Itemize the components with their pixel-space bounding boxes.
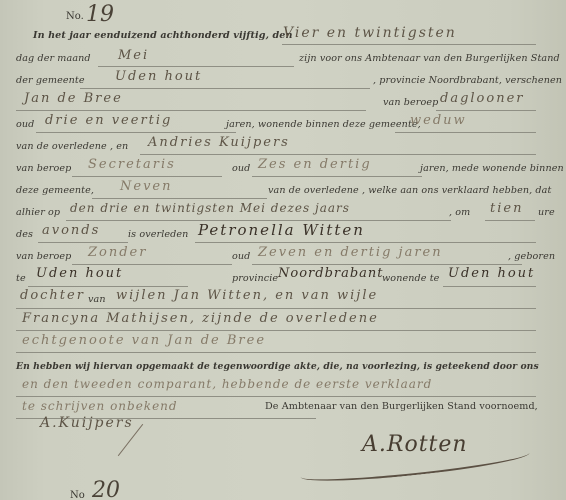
rule-line <box>80 88 370 89</box>
handwritten-witness-occupation: Secretaris <box>88 157 176 172</box>
printed-text: van <box>88 294 106 305</box>
handwritten-deceased-age: Zeven en dertig jaren <box>258 245 443 260</box>
rule-line <box>16 396 536 397</box>
rule-line <box>36 132 236 133</box>
printed-text: oud <box>232 163 250 174</box>
handwritten-deceased-name: Petronella Witten <box>198 221 365 239</box>
rule-line <box>16 330 536 331</box>
rule-line <box>195 242 536 243</box>
handwritten-father: wijlen Jan Witten, en van wijle <box>116 288 378 303</box>
printed-text: jaren, wonende binnen deze gemeente, <box>226 119 421 130</box>
handwritten-witness-age: Zes en dertig <box>258 157 372 172</box>
printed-text: jaren, mede wonende binnen <box>420 163 564 174</box>
rule-line <box>436 110 536 111</box>
printed-text: des <box>16 229 33 240</box>
handwritten-mother: Francyna Mathijsen, zijnde de overledene <box>22 311 379 326</box>
handwritten-municipality: Uden hout <box>115 69 202 84</box>
printed-text: dag der maand <box>16 53 91 64</box>
printed-closing: En hebben wij hiervan opgemaakt de tegen… <box>16 361 539 372</box>
handwritten-closing-1: en den tweeden comparant, hebbende de ee… <box>22 377 432 391</box>
printed-text: alhier op <box>16 207 60 218</box>
handwritten-deceased-occupation: Zonder <box>88 245 147 260</box>
rule-line <box>38 242 128 243</box>
rule-line <box>16 352 536 353</box>
printed-text: , provincie Noordbrabant, verschenen <box>373 75 562 86</box>
handwritten-spouse: echtgenoote van Jan de Bree <box>22 333 266 348</box>
printed-text: provincie <box>232 273 278 284</box>
entry-number: 19 <box>86 2 114 27</box>
next-entry-number: 20 <box>92 478 120 500</box>
rule-line <box>252 264 522 265</box>
handwritten-declarant-name: Jan de Bree <box>24 91 123 106</box>
printed-text: zijn voor ons Ambtenaar van den Burgerli… <box>299 53 560 64</box>
printed-text: van beroep <box>16 251 71 262</box>
printed-text: van beroep <box>16 163 71 174</box>
printed-text: van de overledene , welke aan ons verkla… <box>268 185 551 196</box>
rule-line <box>282 44 536 45</box>
handwritten-witness-name: Andries Kuijpers <box>148 135 290 150</box>
handwritten-death-hour: tien <box>490 201 523 216</box>
register-page: No. 19 In het jaar eenduizend achthonder… <box>0 0 566 500</box>
printed-text: te <box>16 273 26 284</box>
handwritten-time-of-day: avonds <box>42 223 100 238</box>
handwritten-age: drie en veertig <box>45 113 172 128</box>
rule-line <box>395 132 536 133</box>
handwritten-residence: Uden hout <box>448 266 535 281</box>
entry-number-label: No. <box>66 11 84 22</box>
printed-text: is overleden <box>128 229 188 240</box>
handwritten-month: Mei <box>118 48 149 63</box>
printed-text: , om <box>449 207 470 218</box>
rule-line <box>16 308 536 309</box>
next-entry-number-label: No <box>70 490 85 500</box>
printed-text: oud <box>16 119 34 130</box>
printed-text: deze gemeente, <box>16 185 94 196</box>
printed-text: der gemeente <box>16 75 85 86</box>
handwritten-closing-2: te schrijven onbekend <box>22 399 178 413</box>
handwritten-text: dochter <box>20 288 85 303</box>
printed-text: wonende te <box>382 273 439 284</box>
rule-line <box>252 176 422 177</box>
rule-line <box>72 176 222 177</box>
rule-line <box>28 286 188 287</box>
handwritten-occupation: daglooner <box>440 91 525 106</box>
rule-line <box>98 66 294 67</box>
rule-line <box>92 198 267 199</box>
official-title: De Ambtenaar van den Burgerlijken Stand … <box>265 401 538 412</box>
rule-line <box>443 286 536 287</box>
printed-text: , geboren <box>508 251 555 262</box>
handwritten-death-date: den drie en twintigsten Mei dezes jaars <box>70 201 350 215</box>
handwritten-date-day: Vier en twintigsten <box>283 25 457 41</box>
handwritten-witness-relation: Neven <box>120 179 172 194</box>
printed-text: oud <box>232 251 250 262</box>
printed-text: van beroep <box>383 97 438 108</box>
rule-line <box>140 154 536 155</box>
rule-line <box>72 264 232 265</box>
printed-text: van de overledene , en <box>16 141 128 152</box>
printed-text: In het jaar eenduizend achthonderd vijft… <box>33 30 293 41</box>
handwritten-relation: weduw <box>410 113 467 128</box>
printed-text: ure <box>538 207 555 218</box>
rule-line <box>16 110 366 111</box>
handwritten-birthplace: Uden hout <box>36 266 123 281</box>
rule-line <box>485 220 535 221</box>
witness-signature: A.Kuijpers <box>40 415 134 431</box>
handwritten-province: Noordbrabant <box>278 266 384 281</box>
